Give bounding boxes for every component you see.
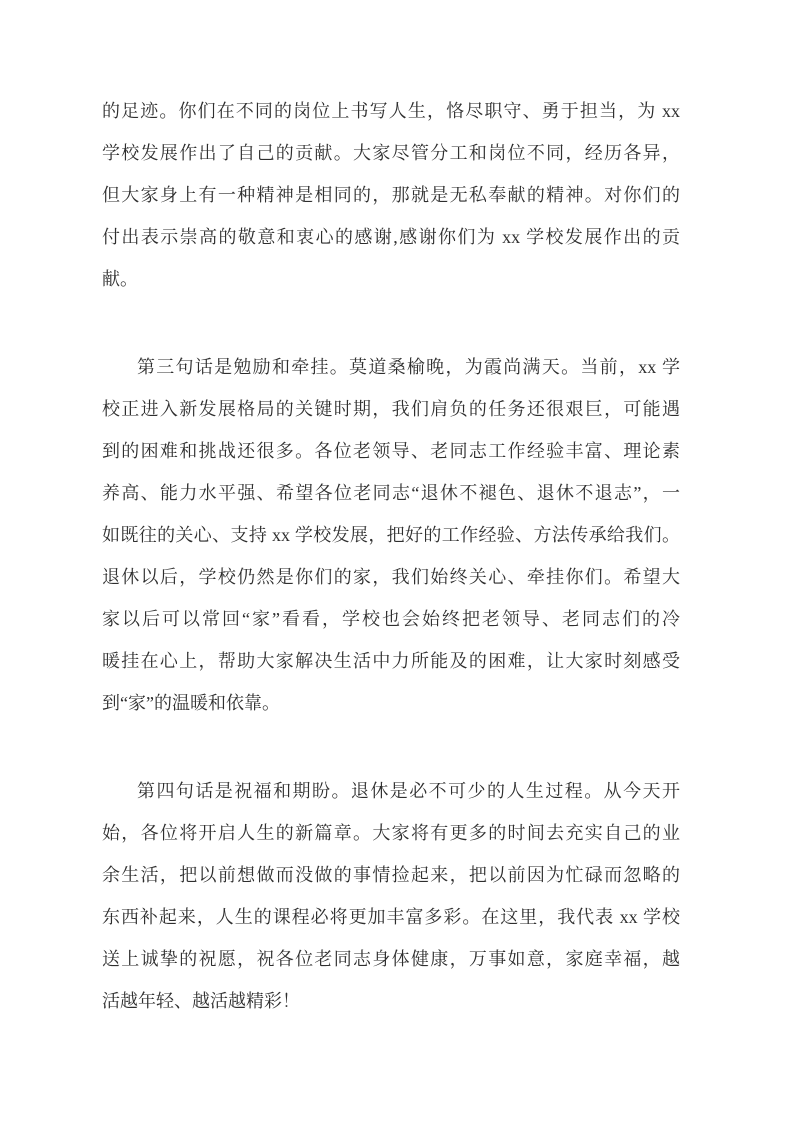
text-line: 但大家身上有一种精神是相同的，那就是无私奉献的精神。对你们的 — [102, 174, 680, 216]
text-line: 到“家”的温暖和依靠。 — [102, 682, 680, 724]
paragraph-continuation: 的足迹。你们在不同的岗位上书写人生，恪尽职守、勇于担当，为 xx 学校发展作出了… — [102, 90, 680, 300]
text-line: 校正进入新发展格局的关键时期，我们肩负的任务还很艰巨，可能遇 — [102, 388, 680, 430]
text-line: 第三句话是勉励和牵挂。莫道桑榆晚，为霞尚满天。当前，xx 学 — [102, 346, 680, 388]
document-page: 的足迹。你们在不同的岗位上书写人生，恪尽职守、勇于担当，为 xx 学校发展作出了… — [0, 0, 793, 1122]
text-line: 退休以后，学校仍然是你们的家，我们始终关心、牵挂你们。希望大 — [102, 556, 680, 598]
text-line: 余生活，把以前想做而没做的事情捡起来，把以前因为忙碌而忽略的 — [102, 854, 680, 896]
text-line: 第四句话是祝福和期盼。退休是必不可少的人生过程。从今天开 — [102, 770, 680, 812]
paragraph-third-point: 第三句话是勉励和牵挂。莫道桑榆晚，为霞尚满天。当前，xx 学 校正进入新发展格局… — [102, 346, 680, 724]
text-line: 到的困难和挑战还很多。各位老领导、老同志工作经验丰富、理论素 — [102, 430, 680, 472]
text-line: 如既往的关心、支持 xx 学校发展，把好的工作经验、方法传承给我们。 — [102, 514, 680, 556]
text-line: 暖挂在心上，帮助大家解决生活中力所能及的困难，让大家时刻感受 — [102, 640, 680, 682]
text-line: 学校发展作出了自己的贡献。大家尽管分工和岗位不同，经历各异， — [102, 132, 680, 174]
text-line: 始，各位将开启人生的新篇章。大家将有更多的时间去充实自己的业 — [102, 812, 680, 854]
document-body: 的足迹。你们在不同的岗位上书写人生，恪尽职守、勇于担当，为 xx 学校发展作出了… — [102, 90, 680, 1022]
text-line: 家以后可以常回“家”看看，学校也会始终把老领导、老同志们的冷 — [102, 598, 680, 640]
text-line: 东西补起来，人生的课程必将更加丰富多彩。在这里，我代表 xx 学校 — [102, 896, 680, 938]
paragraph-fourth-point: 第四句话是祝福和期盼。退休是必不可少的人生过程。从今天开 始，各位将开启人生的新… — [102, 770, 680, 1022]
text-line: 送上诚挚的祝愿，祝各位老同志身体健康，万事如意，家庭幸福，越 — [102, 938, 680, 980]
text-line: 的足迹。你们在不同的岗位上书写人生，恪尽职守、勇于担当，为 xx — [102, 90, 680, 132]
text-line: 养高、能力水平强、希望各位老同志“退休不褪色、退休不退志”，一 — [102, 472, 680, 514]
text-line: 献。 — [102, 258, 680, 300]
text-line: 付出表示崇高的敬意和衷心的感谢,感谢你们为 xx 学校发展作出的贡 — [102, 216, 680, 258]
text-line: 活越年轻、越活越精彩！ — [102, 980, 680, 1022]
